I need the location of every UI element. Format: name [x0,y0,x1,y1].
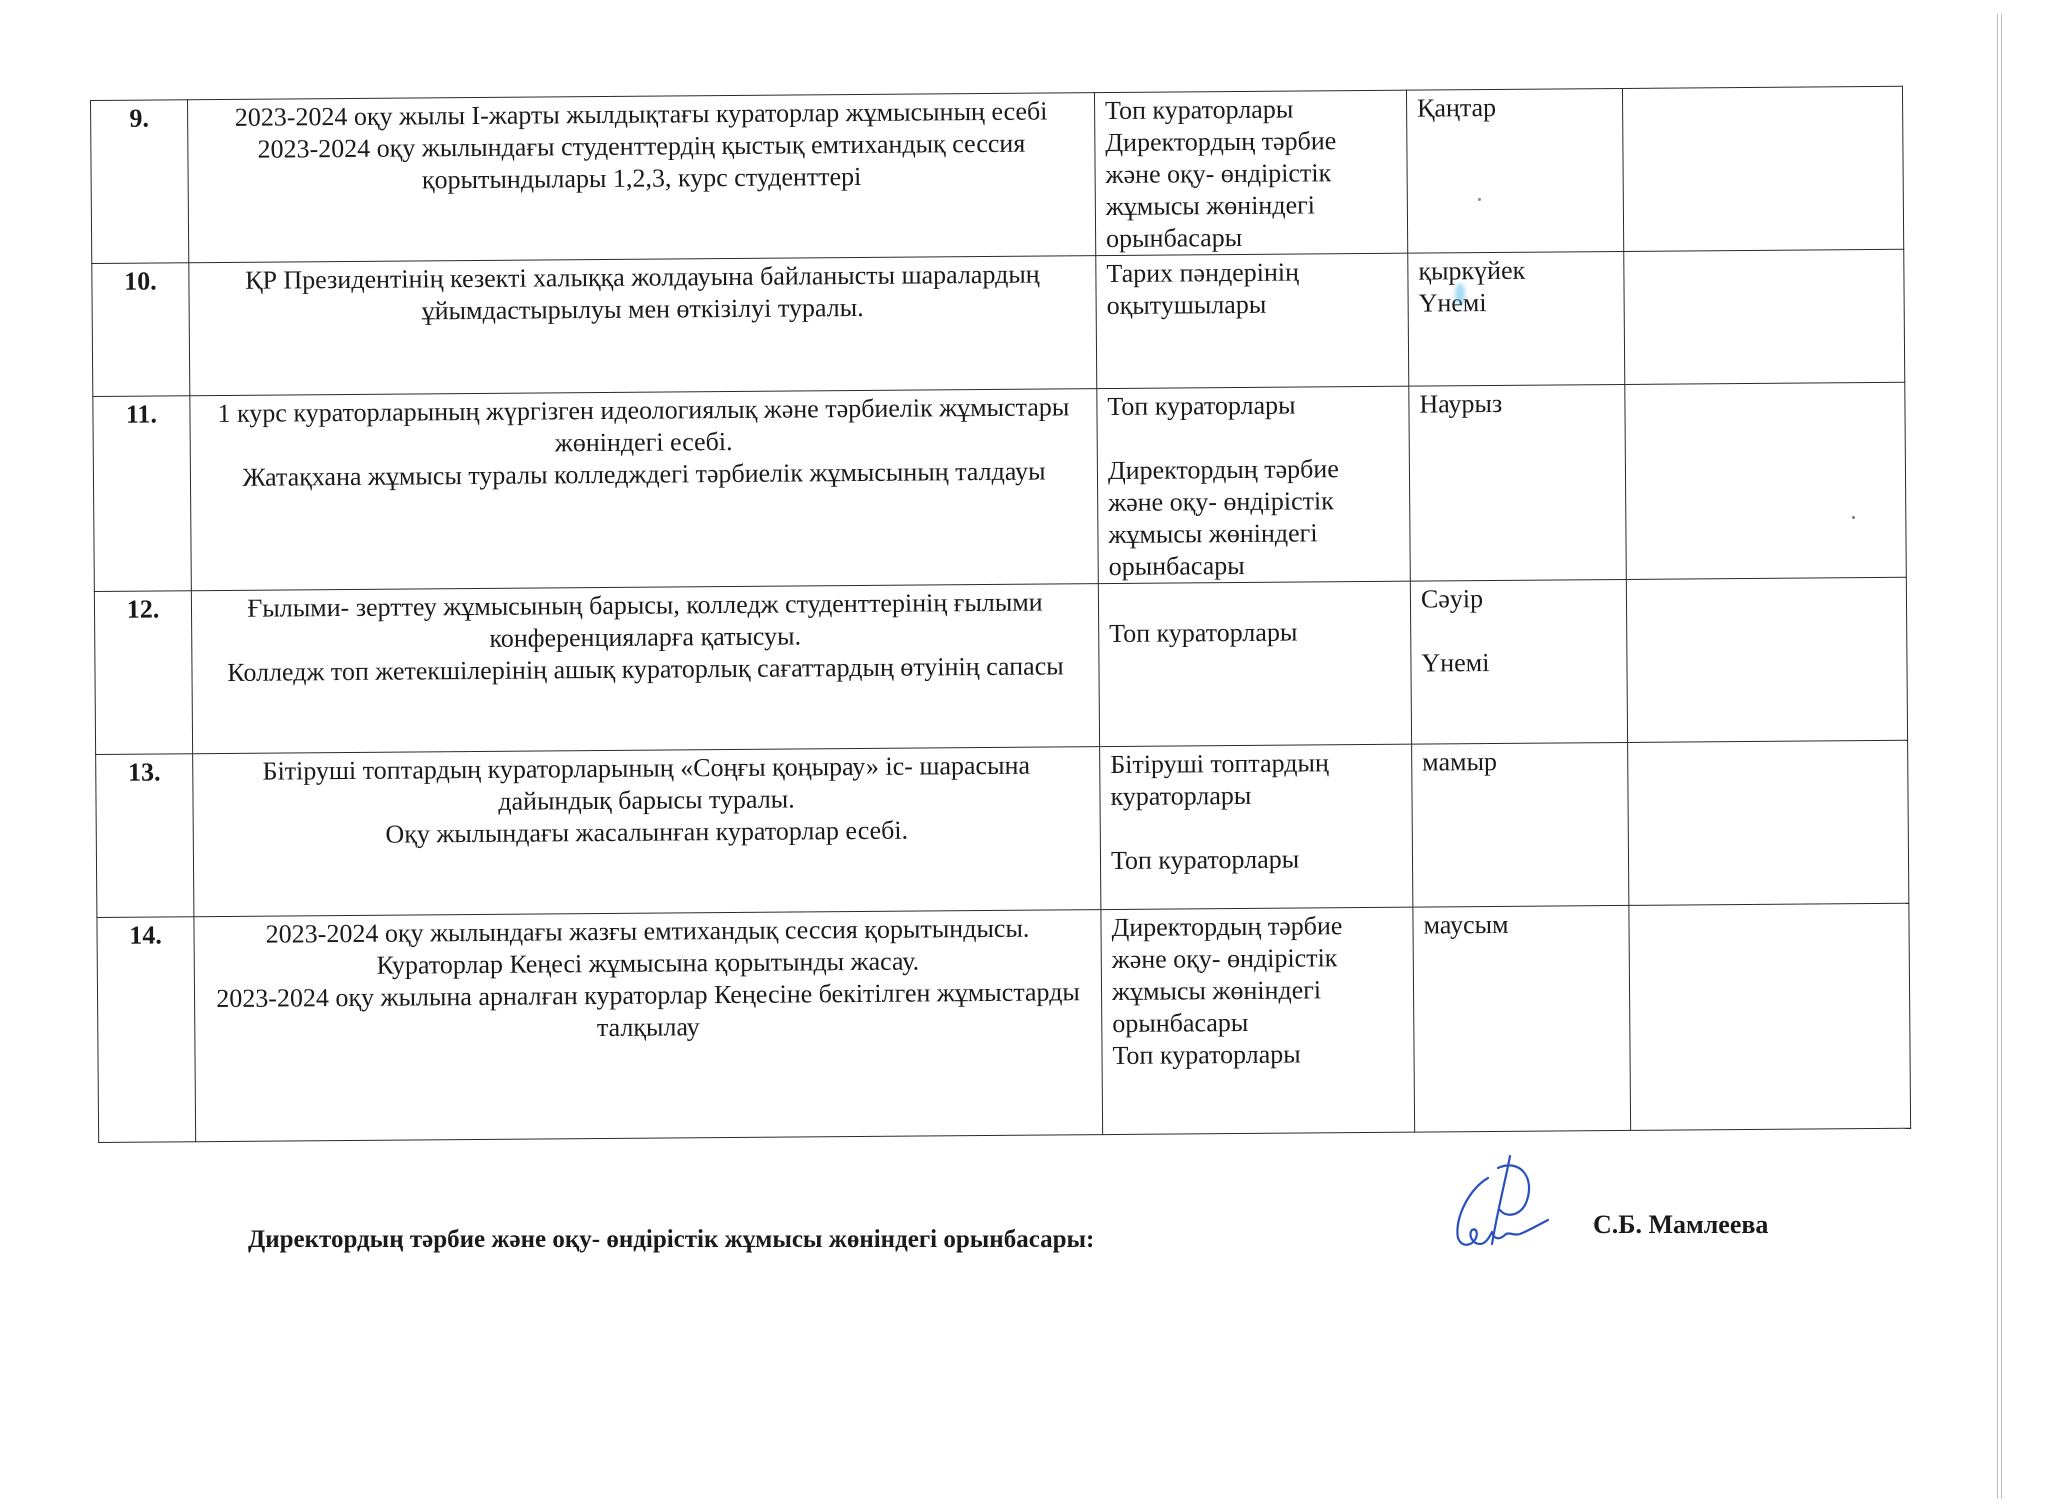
responsible-text: Топ кураторлары [1105,93,1396,127]
responsible-text: Топ кураторлары [1112,1038,1403,1072]
topic-text: Жатақхана жұмысы туралы колледждегі тәрб… [201,455,1087,494]
deadline-text: Үнемі [1419,286,1614,320]
note-cell [1624,249,1905,384]
table-row: 13.Бітіруші топтардың кураторларының «Со… [96,740,1909,917]
paragraph-gap [1421,614,1616,648]
handwritten-signature-icon [1440,1148,1570,1258]
table-row: 10.ҚР Президентінің кезекті халыққа жолд… [92,249,1905,396]
row-number-cell: 12. [94,591,192,755]
row-number: 13. [128,757,161,786]
row-number: 14. [129,920,162,949]
responsible-cell: Тарих пәндерінің оқытушылары [1096,253,1409,388]
deadline-text: маусым [1423,908,1618,942]
row-number: 11. [126,399,157,428]
topic-text: Оқу жылындағы жасалынған кураторлар есеб… [204,813,1090,852]
signatory-role: Директордың тәрбие және оқу- өндірістік … [248,1226,1094,1254]
row-number-cell: 14. [97,917,196,1143]
note-cell [1628,740,1909,905]
deadline-cell: СәуірҮнемі [1410,579,1627,744]
deadline-text: Үнемі [1421,646,1616,680]
row-number-cell: 13. [96,754,194,918]
responsible-text: Топ кураторлары [1107,389,1398,423]
row-number-cell: 10. [92,263,190,397]
responsible-text: Директордың тәрбие және оқу- өндірістік … [1108,453,1400,583]
deadline-text: қыркүйек [1418,254,1613,288]
deadline-cell: қыркүйекҮнемі [1408,251,1625,386]
scan-speck [1852,516,1855,519]
note-cell [1629,903,1911,1130]
topic-text: Бітіруші топтардың кураторларының «Соңғы… [203,749,1089,820]
topic-cell: 2023-2024 оқу жылындағы жазғы емтихандық… [194,910,1103,1142]
responsible-cell: Директордың тәрбие және оқу- өндірістік … [1101,907,1415,1134]
deadline-text: Наурыз [1419,387,1614,421]
deadline-cell: мамыр [1412,742,1629,907]
responsible-text: Топ кураторлары [1111,843,1402,877]
topic-cell: 1 курс кураторларының жүргізген идеологи… [190,389,1099,591]
scan-edge-line [1997,14,2003,1499]
paragraph-gap [1111,811,1402,845]
responsible-text: Директордың тәрбие және оқу- өндірістік … [1111,910,1403,1040]
topic-cell: ҚР Президентінің кезекті халыққа жолдауы… [189,256,1097,396]
responsible-text: Бітіруші топтардың кураторлары [1110,747,1401,813]
topic-text: 2023-2024 оқу жылына арналған кураторлар… [205,976,1091,1047]
topic-text: 1 курс кураторларының жүргізген идеологи… [200,391,1086,462]
row-number-cell: 9. [91,100,189,264]
deadline-cell: Қаңтар [1406,88,1623,253]
row-number-cell: 11. [93,396,192,592]
note-cell [1625,382,1907,579]
responsible-cell: Топ кураторларыДиректордың тәрбие және о… [1097,386,1411,583]
deadline-cell: маусым [1413,905,1631,1132]
topic-text: ҚР Президентінің кезекті халыққа жолдауы… [199,258,1085,329]
topic-cell: Бітіруші топтардың кураторларының «Соңғы… [193,747,1101,917]
topic-text: Ғылыми- зерттеу жұмысының барысы, коллед… [202,586,1088,657]
topic-cell: Ғылыми- зерттеу жұмысының барысы, коллед… [191,584,1099,754]
row-number: 10. [124,266,157,295]
topic-text: 2023-2024 оқу жылындағы студенттердің қы… [198,127,1084,198]
scan-speck [1478,198,1481,201]
curators-council-plan-table: 9.2023-2024 оқу жылы І-жарты жылдықтағы … [90,86,1911,1143]
row-number: 12. [127,594,160,623]
table-row: 9.2023-2024 оқу жылы І-жарты жылдықтағы … [91,86,1904,263]
deadline-text: Сәуір [1421,582,1616,616]
row-number: 9. [129,104,149,133]
paragraph-gap [1109,584,1400,618]
table-row: 11.1 курс кураторларының жүргізген идеол… [93,382,1906,591]
responsible-cell: Топ кураторларыДиректордың тәрбие және о… [1094,90,1407,255]
table-row: 12.Ғылыми- зерттеу жұмысының барысы, кол… [94,577,1907,754]
signatory-name: С.Б. Мамлеева [1593,1210,1768,1240]
deadline-text: Қаңтар [1417,91,1612,125]
note-cell [1622,86,1903,251]
responsible-cell: Топ кураторлары [1098,581,1411,746]
note-cell [1626,577,1907,742]
scanned-page: 9.2023-2024 оқу жылы І-жарты жылдықтағы … [0,0,2048,1504]
deadline-cell: Наурыз [1409,384,1627,581]
responsible-text: Топ кураторлары [1109,616,1400,650]
responsible-text: Директордың тәрбие және оқу- өндірістік … [1105,125,1397,255]
responsible-text: Тарих пәндерінің оқытушылары [1106,256,1397,322]
topic-text: 2023-2024 оқу жылындағы жазғы емтихандық… [204,912,1090,983]
plan-table-wrapper: 9.2023-2024 оқу жылы І-жарты жылдықтағы … [90,86,1910,1143]
ink-smudge [1455,283,1465,305]
responsible-cell: Бітіруші топтардың кураторларыТоп курато… [1100,744,1413,909]
table-row: 14.2023-2024 оқу жылындағы жазғы емтихан… [97,903,1911,1142]
paragraph-gap [1108,421,1399,455]
deadline-text: мамыр [1422,745,1617,779]
topic-text: Колледж топ жетекшілерінің ашық кураторл… [202,650,1088,689]
topic-cell: 2023-2024 оқу жылы І-жарты жылдықтағы ку… [188,93,1096,263]
